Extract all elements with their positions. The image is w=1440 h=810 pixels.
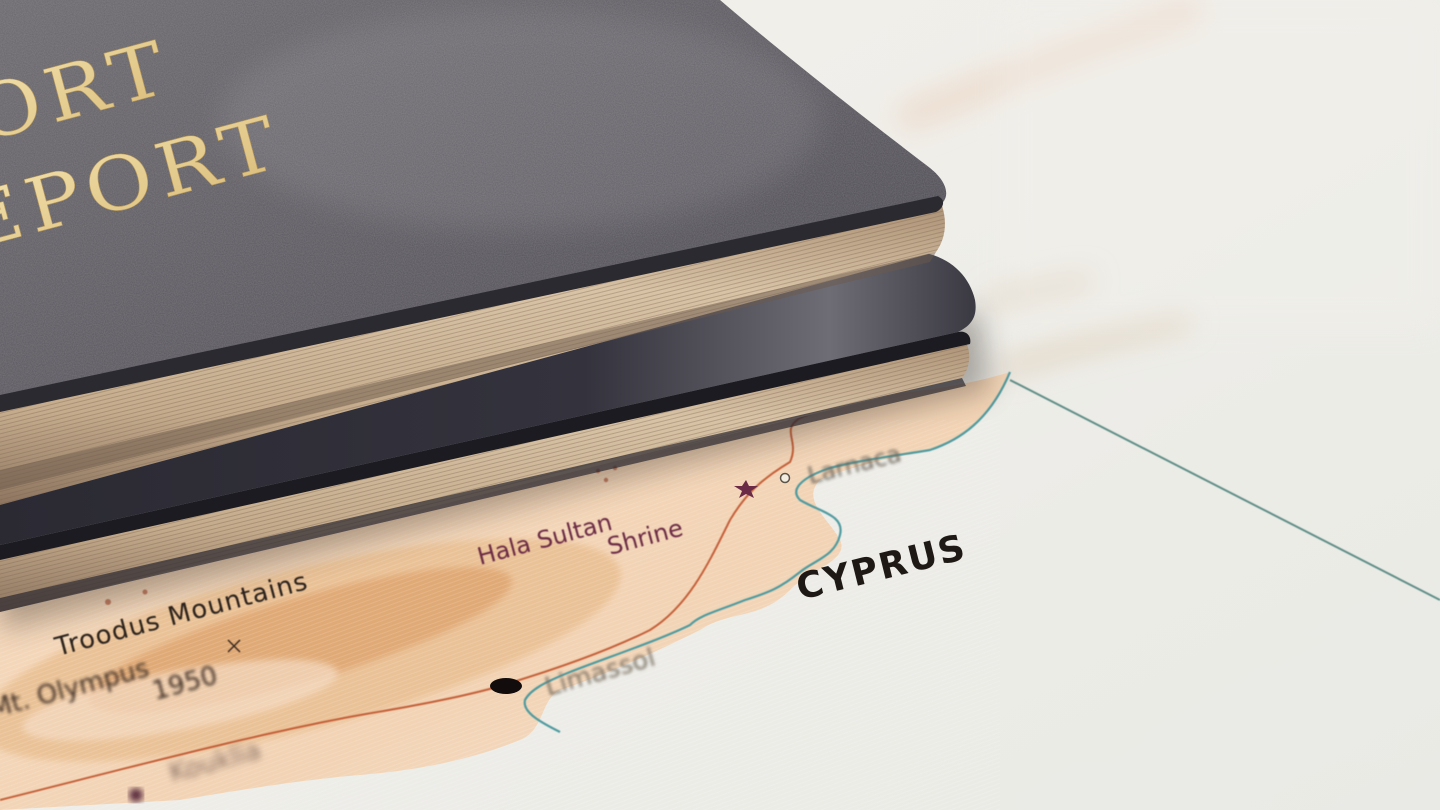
kouklia-marker [129,788,143,802]
limassol-marker [490,678,522,694]
photo-scene: CYPRUS Troodus Mountains Mt. Olympus 195… [0,0,1440,810]
depth-haze [1000,0,1440,330]
larnaca-marker [781,474,790,483]
